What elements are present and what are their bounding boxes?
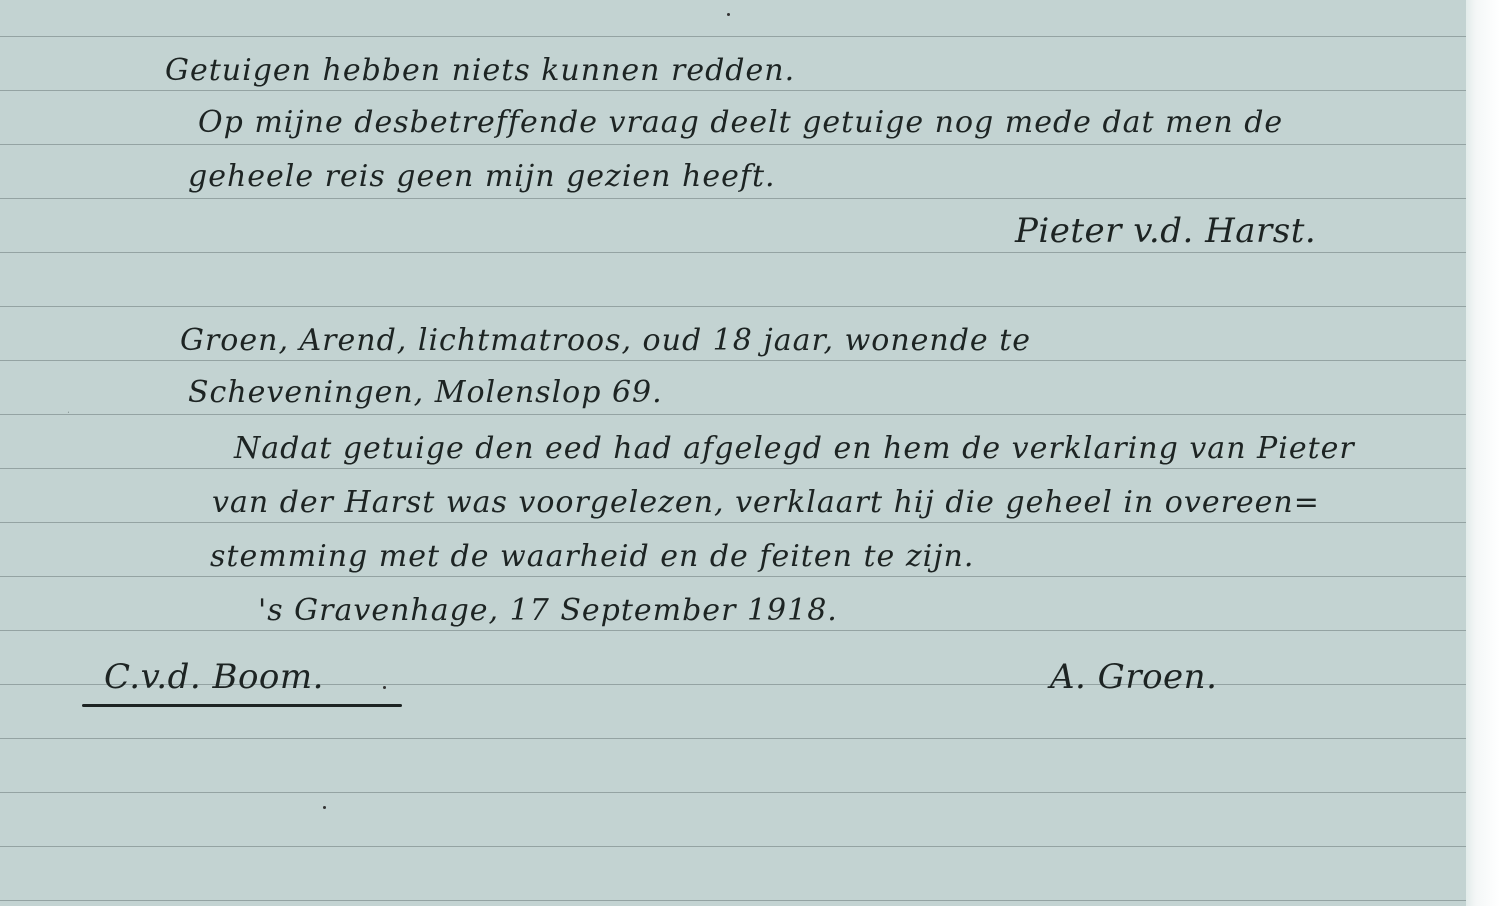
ink-speck	[323, 806, 326, 809]
place-date-line: 's Gravenhage, 17 September 1918.	[258, 596, 838, 626]
signature-underline	[82, 704, 402, 707]
signature-cvd-boom: C.v.d. Boom.	[104, 660, 324, 694]
ink-speck	[727, 13, 730, 16]
text-line-7: van der Harst was voorgelezen, verklaart…	[212, 488, 1320, 518]
text-line-8: stemming met de waarheid en de feiten te…	[210, 542, 974, 572]
text-line-5: Scheveningen, Molenslop 69.	[188, 378, 663, 408]
text-line-1: Getuigen hebben niets kunnen redden.	[165, 56, 795, 86]
text-line-4: Groen, Arend, lichtmatroos, oud 18 jaar,…	[180, 326, 1031, 356]
text-line-3: geheele reis geen mijn gezien heeft.	[188, 162, 776, 192]
ink-speck	[383, 686, 386, 689]
signature-pieter-vd-harst: Pieter v.d. Harst.	[1015, 214, 1316, 248]
text-line-6: Nadat getuige den eed had afgelegd en he…	[234, 434, 1355, 464]
signature-a-groen: A. Groen.	[1050, 660, 1217, 694]
text-line-2: Op mijne desbetreffende vraag deelt getu…	[198, 108, 1283, 138]
ruled-paper-page: Getuigen hebben niets kunnen redden. Op …	[0, 0, 1466, 906]
margin-pencil-mark	[68, 411, 69, 412]
paper-edge	[1466, 0, 1500, 906]
